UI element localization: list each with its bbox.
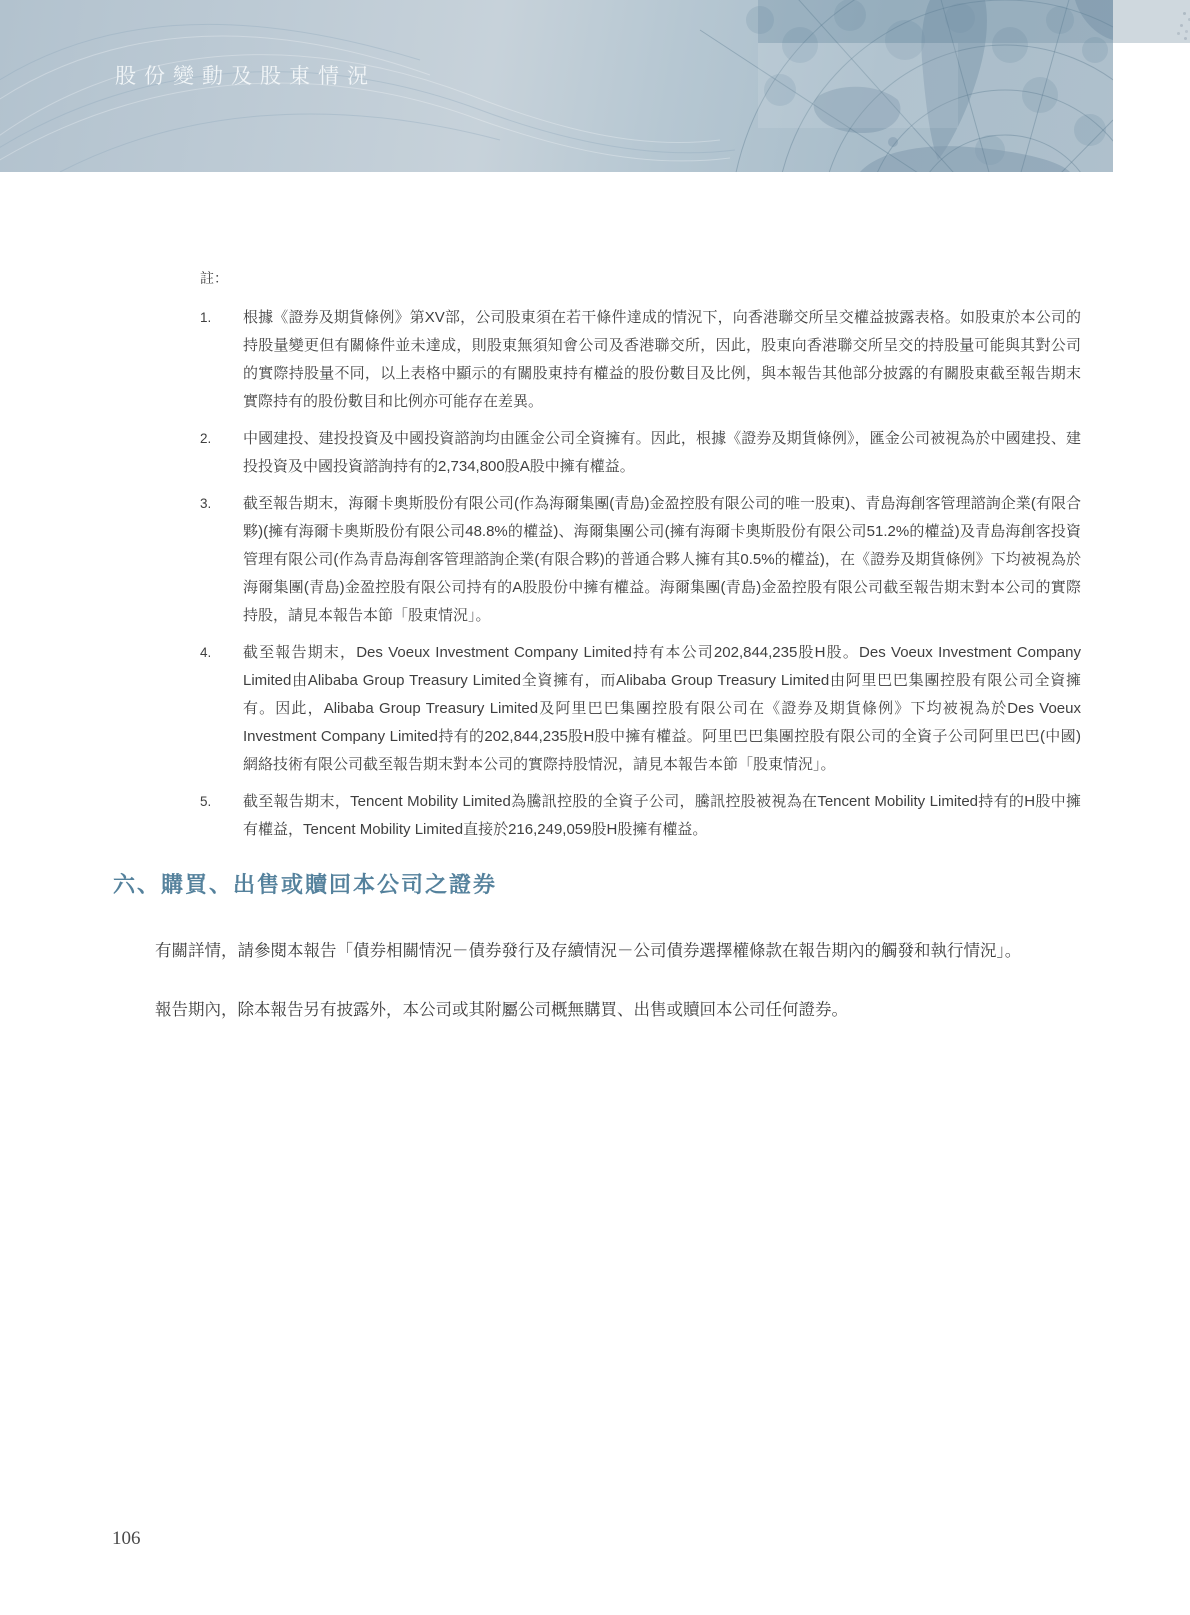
section-buy-sell-redeem: 六、購買、出售或贖回本公司之證券 有關詳情，請參閱本報告「債券相關情況－債券發行… <box>113 868 1081 1027</box>
corner-speckle-icon <box>1183 12 1186 15</box>
page-title: 股份變動及股東情況 <box>115 60 376 90</box>
page-number: 106 <box>112 1528 141 1550</box>
note-text: 截至報告期末，Des Voeux Investment Company Limi… <box>243 639 1081 779</box>
section-heading: 六、購買、出售或贖回本公司之證券 <box>113 868 1081 899</box>
report-page: 股份變動及股東情況 註： 1. 根據《證券及期貨條例》第XV部，公司股東須在若干… <box>0 0 1190 1615</box>
note-number: 1. <box>200 304 243 332</box>
section-paragraph: 報告期內，除本報告另有披露外，本公司或其附屬公司概無購買、出售或贖回本公司任何證… <box>155 994 1080 1027</box>
note-number: 3. <box>200 490 243 518</box>
notes-label: 註： <box>200 268 1081 288</box>
note-text: 根據《證券及期貨條例》第XV部，公司股東須在若干條件達成的情況下，向香港聯交所呈… <box>243 304 1081 416</box>
note-text: 截至報告期末，海爾卡奧斯股份有限公司(作為海爾集團(青島)金盈控股有限公司的唯一… <box>243 490 1081 630</box>
notes-section: 註： 1. 根據《證券及期貨條例》第XV部，公司股東須在若干條件達成的情況下，向… <box>200 268 1081 853</box>
note-item: 2. 中國建投、建投投資及中國投資諮詢均由匯金公司全資擁有。因此，根據《證券及期… <box>200 425 1081 481</box>
note-number: 5. <box>200 788 243 816</box>
note-number: 4. <box>200 639 243 667</box>
corner-block <box>1113 0 1190 43</box>
note-text: 中國建投、建投投資及中國投資諮詢均由匯金公司全資擁有。因此，根據《證券及期貨條例… <box>243 425 1081 481</box>
note-item: 4. 截至報告期末，Des Voeux Investment Company L… <box>200 639 1081 779</box>
note-item: 3. 截至報告期末，海爾卡奧斯股份有限公司(作為海爾集團(青島)金盈控股有限公司… <box>200 490 1081 630</box>
note-item: 5. 截至報告期末，Tencent Mobility Limited為騰訊控股的… <box>200 788 1081 844</box>
note-number: 2. <box>200 425 243 453</box>
note-text: 截至報告期末，Tencent Mobility Limited為騰訊控股的全資子… <box>243 788 1081 844</box>
note-item: 1. 根據《證券及期貨條例》第XV部，公司股東須在若干條件達成的情況下，向香港聯… <box>200 304 1081 416</box>
section-paragraph: 有關詳情，請參閱本報告「債券相關情況－債券發行及存續情況－公司債券選擇權條款在報… <box>155 935 1080 968</box>
header-banner: 股份變動及股東情況 <box>0 0 1113 172</box>
